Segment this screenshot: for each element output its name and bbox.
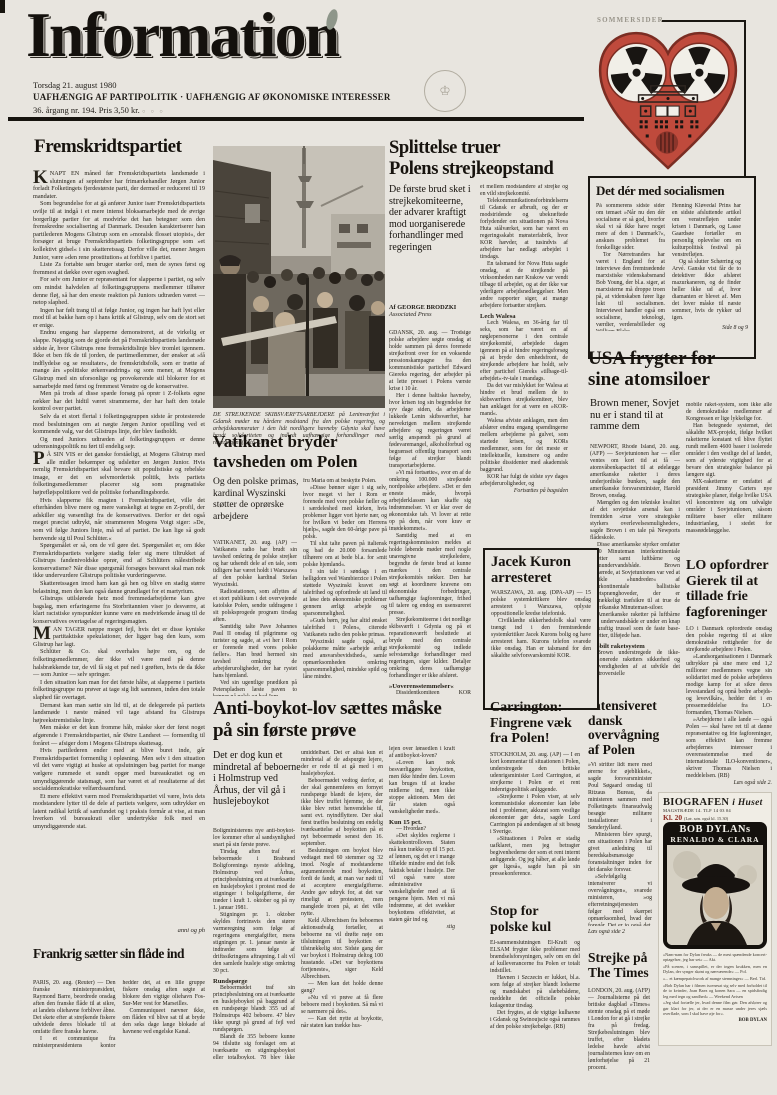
gdansk-strike-photo: DE STREJKENDE SKIBSVÆRFTSARBEJDERE på Le… [213, 146, 385, 408]
edition-date: Torsdag 21. august 1980 [33, 80, 116, 90]
socialism-page-ref: Side 8 og 9 [679, 325, 748, 331]
ad-time-main: Kl. 20 [663, 813, 682, 822]
cinema-ad-bob-dylan: BIOGRAFEN i Huset MAGSTRÆDE 14. TLF 14 0… [658, 792, 772, 1046]
boycott-standfirst: Det er dog kun et mindretal af beboerne … [213, 750, 301, 808]
scan-artifact [0, 0, 5, 13]
vatican-col1: VATIKANET, 20. aug. (AP) — Vatikanets ra… [213, 540, 297, 696]
sommersider-label: SOMMERSIDER [597, 16, 664, 24]
split-col2: et mellem modstandere af strejke og en v… [480, 184, 568, 542]
coal-body: El-sammenslutningen El-Kraft og ELSAM fr… [490, 940, 580, 1058]
bob-dylan-photo [667, 845, 765, 945]
carrington-body: STOCKHOLM, 20. aug. (AP) — I en kort kom… [490, 752, 580, 898]
socialism-headline: Det dér med socialismen [596, 183, 748, 199]
kuron-body: WARSZAWA, 20. aug. (DPA-AP) — 15 polske … [491, 590, 591, 698]
boycott-col1: Boligministerens nye anti-boykot-lov kom… [213, 828, 295, 1060]
issue-line: 36. årgang nr. 194. Pris 3,50 kr. ○ ○ ○ [33, 105, 165, 115]
reel-left-radiation-icon [607, 43, 666, 102]
ad-film-artist: BOB DYLANs [663, 824, 767, 835]
split-headline: Splittelse truer Polens strejkeopstand [389, 138, 587, 179]
lo-body: LO i Danmark opfordrede onsdag den polsk… [686, 626, 772, 788]
times-body: LONDON, 20. aug. (AFP) — Journalisterne … [588, 988, 650, 1084]
ad-showtime: Kl. 20 (Lør. søn. også kl. 15.30) [663, 813, 767, 822]
carrington-headline: Carrington: Fingrene væk fra Polen! [490, 700, 585, 747]
coal-headline: Stop for polske kul [490, 904, 585, 935]
boycott-col3: lejen over lønsedlen i kraft af antiboyk… [389, 746, 455, 1058]
usa-headline: USA frygter for sine atomsiloer [588, 348, 777, 390]
article-kuron-arrested: Jacek Kuron arresteret WARSZAWA, 20. aug… [483, 548, 599, 710]
ad-credit: BOB DYLAN [663, 1018, 767, 1023]
ad-title-panel: BOB DYLANs RENALDO & CLARA [663, 822, 767, 845]
kuron-headline: Jacek Kuron arresteret [491, 555, 591, 586]
sommersider-rule-v [744, 20, 746, 178]
crown-seal-icon: ♔ [424, 70, 466, 112]
france-body: PARIS, 20. aug. (Reuter) — Den franske m… [33, 980, 205, 1068]
ad-venue: BIOGRAFEN i Huset [663, 797, 767, 808]
surveillance-headline: Intensiveret dansk overvågning af Polen [588, 699, 683, 757]
ad-reviews: »Nam-nam for Dylan freaks — de mest spæn… [663, 952, 767, 1016]
masthead-rule [8, 117, 584, 121]
newspaper-front-page: Information Torsdag 21. august 1980 UAFH… [0, 0, 777, 1095]
sommersider-rule-h [662, 20, 744, 22]
split-agency: Associated Press [389, 311, 456, 318]
paper-logo: Information [26, 0, 338, 70]
surveillance-body: »Vi stritter lidt mere med ørerne for øj… [588, 762, 652, 926]
socialism-col2: Henning Kløvedal Prins har en sidste afs… [672, 203, 741, 321]
leader-headline: Fremskridtspartiet [34, 136, 210, 158]
ad-venue-sub: i Huset [732, 798, 762, 808]
boycott-col2: umiddelbart. Det er altså kun et mindret… [301, 750, 383, 1060]
shipyard-workers-photo [213, 146, 385, 408]
france-headline: Frankrig sætter sin flåde ind [33, 946, 211, 962]
leader-body: KNAPT EN måned før Fremskridtspartiets l… [33, 170, 205, 925]
split-byline: Af GEORGE BRODZKI [389, 304, 456, 311]
price-dots: ○ ○ ○ [142, 109, 165, 115]
usa-col1: NEWPORT, Rhode Island, 20. aug. (AFP) — … [590, 444, 680, 698]
leader-signature: anni og ph [33, 927, 205, 934]
lo-headline: LO opfordrer Gierek til at tillade frie … [686, 558, 776, 620]
speaker-grille [656, 131, 678, 153]
heart-tape-recorder-illustration [592, 26, 744, 174]
usa-standfirst: Brown mener, Sovjet nu er i stand til at… [590, 398, 684, 433]
vatican-col2: fru Maria om at beskytte Polen.»Disse bø… [303, 478, 387, 698]
split-standfirst: De første brud sket i strejkekomiteerne,… [389, 184, 475, 253]
issue-text: 36. årgang nr. 194. Pris 3,50 kr. [33, 105, 140, 115]
ad-time-note: (Lør. søn. også kl. 15.30) [684, 816, 728, 821]
ad-photo-frame [663, 845, 767, 949]
split-col1: GDANSK, 20. aug. — Trodsige polske arbej… [389, 330, 471, 694]
split-byline-block: Af GEORGE BRODZKI Associated Press [389, 304, 456, 318]
ad-venue-name: BIOGRAFEN [663, 797, 729, 808]
ad-film-title: RENALDO & CLARA [663, 835, 767, 844]
surveillance-more: Læs også side 2 [588, 929, 652, 936]
paper-slogan: UAFHÆNGIG AF PARTIPOLITIK · UAFHÆNGIG AF… [33, 92, 391, 102]
reel-right-radiation-icon [670, 43, 729, 102]
vatican-standfirst: Og den polske primas, kardinal Wyszinski… [213, 477, 307, 523]
article-socialism-teaser: Det dér med socialismen På sommerens sid… [588, 176, 756, 359]
vatican-headline: Vatikanet bryder tavsheden om Polen [213, 432, 391, 471]
socialism-col1: På sommerens sidste sider om temaet »Når… [596, 203, 665, 331]
usa-col2: mobile raket-system, som ikke alle de de… [686, 402, 772, 554]
boycott-headline: Anti-boykot-lov sættes måske på sin førs… [213, 698, 465, 742]
